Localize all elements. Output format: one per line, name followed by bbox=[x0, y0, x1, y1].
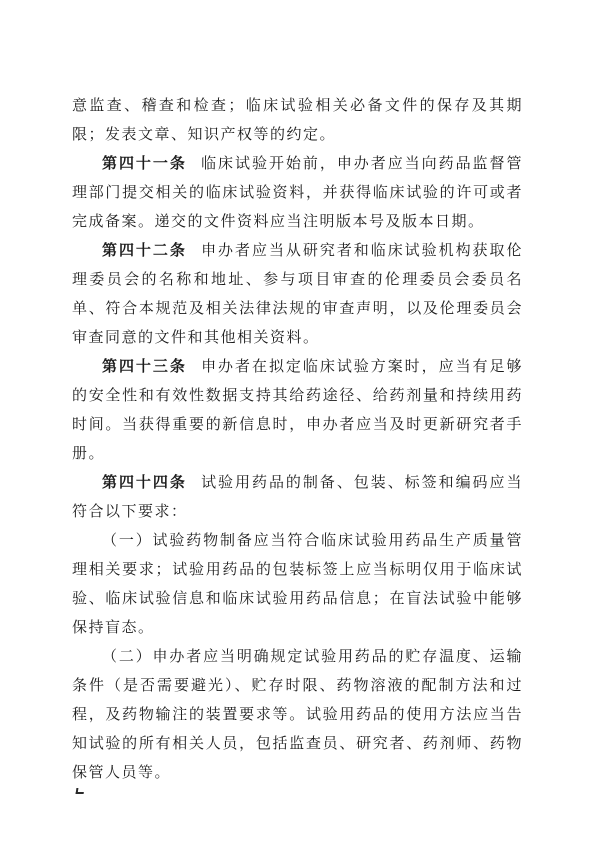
paragraph-item-2: （二）申办者应当明确规定试验用药品的贮存温度、运输条件（是否需要避光）、贮存时限… bbox=[72, 643, 523, 788]
article-number: 第四十一条 bbox=[102, 156, 187, 172]
paragraph-text: （一）试验药物制备应当符合临床试验用药品生产质量管理相关要求；试验用药品的包装标… bbox=[72, 533, 523, 636]
paragraph-article-42: 第四十二条申办者应当从研究者和临床试验机构获取伦理委员会的名称和地址、参与项目审… bbox=[72, 237, 523, 353]
paragraph-item-1: （一）试验药物制备应当符合临床试验用药品生产质量管理相关要求；试验用药品的包装标… bbox=[72, 527, 523, 643]
article-number: 第四十四条 bbox=[102, 475, 187, 491]
paragraph-text: 意监查、稽查和检查；临床试验相关必备文件的保存及其期限；发表文章、知识产权等的约… bbox=[72, 98, 523, 143]
paragraph-article-44: 第四十四条试验用药品的制备、包装、标签和编码应当符合以下要求： bbox=[72, 469, 523, 527]
ink-artifact bbox=[76, 788, 85, 794]
article-number: 第四十三条 bbox=[102, 359, 187, 375]
document-page: 意监查、稽查和检查；临床试验相关必备文件的保存及其期限；发表文章、知识产权等的约… bbox=[0, 0, 595, 841]
article-number: 第四十二条 bbox=[102, 243, 187, 259]
paragraph-continuation: 意监查、稽查和检查；临床试验相关必备文件的保存及其期限；发表文章、知识产权等的约… bbox=[72, 92, 523, 150]
document-body: 意监查、稽查和检查；临床试验相关必备文件的保存及其期限；发表文章、知识产权等的约… bbox=[72, 92, 523, 788]
paragraph-article-41: 第四十一条临床试验开始前，申办者应当向药品监督管理部门提交相关的临床试验资料，并… bbox=[72, 150, 523, 237]
paragraph-text: （二）申办者应当明确规定试验用药品的贮存温度、运输条件（是否需要避光）、贮存时限… bbox=[72, 649, 523, 781]
paragraph-article-43: 第四十三条申办者在拟定临床试验方案时，应当有足够的安全性和有效性数据支持其给药途… bbox=[72, 353, 523, 469]
